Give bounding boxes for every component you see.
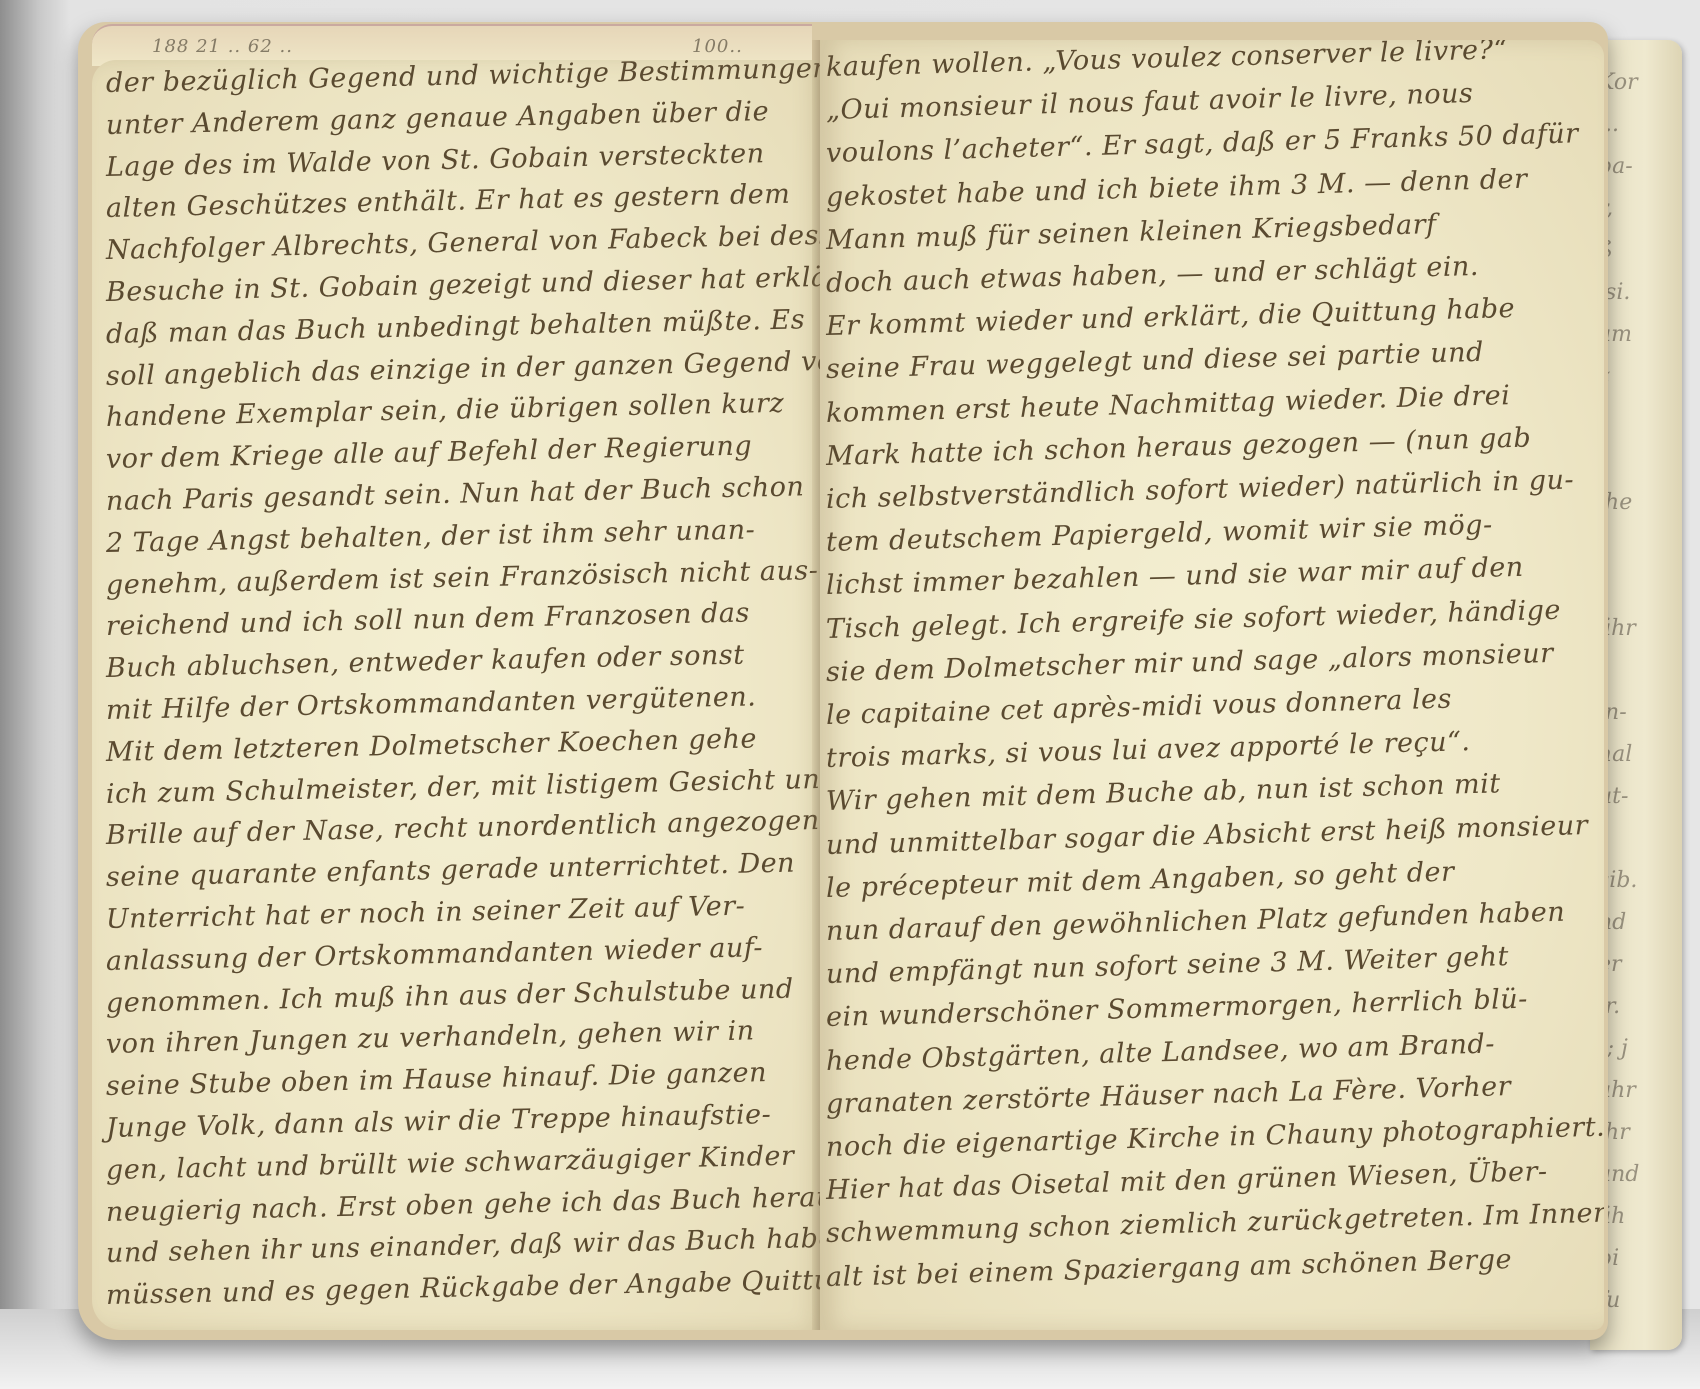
handwritten-line: Brille auf der Nase, recht unordentlich …	[106, 805, 820, 851]
handwritten-line: 2 Tage Angst behalten, der ist ihm sehr …	[106, 514, 756, 559]
handwritten-line: Mit dem letzteren Dolmetscher Koechen ge…	[106, 723, 758, 768]
handwritten-line: Wir gehen mit dem Buche ab, nun ist scho…	[826, 769, 1501, 818]
handwritten-line: kommen erst heute Nachmittag wieder. Die…	[826, 380, 1511, 429]
handwritten-line: granaten zerstörte Häuser nach La Fère. …	[826, 1071, 1512, 1120]
handwritten-line: seine Frau weggelegt und diese sei parti…	[826, 337, 1485, 385]
handwritten-line: Er kommt wieder und erklärt, die Quittun…	[826, 293, 1516, 342]
handwritten-line: trois marks, si vous lui avez apporté le…	[826, 726, 1471, 774]
handwritten-line: voulons l’acheter“. Er sagt, daß er 5 Fr…	[826, 119, 1579, 170]
handwritten-line: Nachfolger Albrechts, General von Fabeck…	[106, 219, 820, 266]
handwritten-line: Buch abluchsen, entweder kaufen oder son…	[106, 640, 745, 684]
handwritten-line: tem deutschem Papiergeld, womit wir sie …	[826, 510, 1493, 558]
handwritten-line: neugierig nach. Erst oben gehe ich das B…	[106, 1181, 820, 1228]
handwritten-line: le capitaine cet après-midi vous donnera…	[826, 684, 1453, 731]
handwritten-line: handene Exemplar sein, die übrigen solle…	[106, 388, 785, 433]
handwritten-line: Besuche in St. Gobain gezeigt und dieser…	[106, 261, 820, 308]
handwritten-line: genehm, außerdem ist sein Französisch ni…	[106, 555, 819, 601]
handwritten-line: alt ist bei einem Spaziergang am schönen…	[826, 1244, 1513, 1293]
left-page: der bezüglich Gegend und wichtige Bestim…	[92, 60, 820, 1330]
handwritten-line: sie dem Dolmetscher mir und sage „alors …	[826, 638, 1554, 688]
handwritten-line: seine Stube oben im Hause hinauf. Die ga…	[106, 1057, 768, 1102]
handwritten-line: schwemmung schon ziemlich zurückgetreten…	[826, 1197, 1604, 1249]
header-strip-text-left: 188 21 .. 62 ..	[152, 36, 293, 57]
header-strip-text-right: 100..	[692, 36, 743, 57]
handwritten-line: von ihren Jungen zu verhandeln, gehen wi…	[106, 1016, 755, 1061]
handwritten-line: lichst immer bezahlen — und sie war mir …	[826, 552, 1524, 601]
handwritten-line: Mann muß für seinen kleinen Kriegsbedarf	[826, 209, 1437, 256]
handwritten-line: soll angeblich das einzige in der ganzen…	[106, 345, 820, 392]
handwritten-line: alten Geschützes enthält. Er hat es gest…	[106, 179, 791, 224]
handwritten-line: „Oui monsieur il nous faut avoir le livr…	[826, 78, 1474, 126]
handwritten-line: kaufen wollen. „Vous voulez conserver le…	[826, 40, 1509, 83]
handwritten-line: müssen und es gegen Rückgabe der Angabe …	[106, 1264, 820, 1311]
handwritten-line: nun darauf den gewöhnlichen Platz gefund…	[826, 897, 1566, 947]
right-page: kaufen wollen. „Vous voulez conserver le…	[820, 40, 1604, 1330]
handwritten-line: Tisch gelegt. Ich ergreife sie sofort wi…	[826, 594, 1562, 644]
handwritten-line: ein wunderschöner Sommermorgen, herrlich…	[826, 984, 1529, 1033]
handwritten-line: ich selbstverständlich sofort wieder) na…	[826, 464, 1575, 515]
handwritten-line: Unterricht hat er noch in seiner Zeit au…	[106, 891, 746, 935]
handwritten-line: genommen. Ich muß ihn aus der Schulstube…	[106, 973, 794, 1018]
handwritten-line: hende Obstgärten, alte Landsee, wo am Br…	[826, 1028, 1496, 1077]
handwritten-line: der bezüglich Gegend und wichtige Bestim…	[106, 60, 820, 99]
handwritten-line: Lage des im Walde von St. Gobain verstec…	[106, 138, 765, 183]
handwritten-line: und unmittelbar sogar die Absicht erst h…	[826, 810, 1589, 861]
handwritten-line: doch auch etwas haben, — und er schlägt …	[826, 251, 1480, 299]
handwritten-line: mit Hilfe der Ortskommandanten vergütene…	[106, 681, 757, 726]
handwritten-line: anlassung der Ortskommandanten wieder au…	[106, 932, 764, 977]
handwritten-line: gekostet habe und ich biete ihm 3 M. — d…	[826, 163, 1528, 212]
handwritten-line: und empfängt nun sofort seine 3 M. Weite…	[826, 941, 1510, 990]
handwritten-line: seine quarante enfants gerade unterricht…	[106, 848, 796, 893]
handwritten-line: unter Anderem ganz genaue Angaben über d…	[106, 96, 770, 141]
handwritten-line: ich zum Schulmeister, der, mit listigem …	[106, 763, 820, 809]
handwritten-line: reichend und ich soll nun dem Franzosen …	[106, 598, 750, 642]
handwritten-line: Mark hatte ich schon heraus gezogen — (n…	[826, 422, 1532, 471]
handwritten-line: und sehen ihr uns einander, daß wir das …	[106, 1223, 820, 1270]
handwritten-line: gen, lacht und brüllt wie schwarzäugiger…	[106, 1140, 795, 1185]
handwritten-line: le précepteur mit dem Angaben, so geht d…	[826, 856, 1455, 903]
handwritten-line: daß man das Buch unbedingt behalten müßt…	[106, 304, 806, 350]
handwritten-line: Hier hat das Oisetal mit den grünen Wies…	[826, 1156, 1548, 1206]
handwritten-line: nach Paris gesandt sein. Nun hat der Buc…	[106, 471, 805, 517]
handwritten-line: vor dem Kriege alle auf Befehl der Regie…	[106, 431, 753, 476]
handwritten-line: Junge Volk, dann als wir die Treppe hina…	[106, 1099, 772, 1144]
handwritten-line: noch die eigenartige Kirche in Chauny ph…	[826, 1112, 1604, 1163]
